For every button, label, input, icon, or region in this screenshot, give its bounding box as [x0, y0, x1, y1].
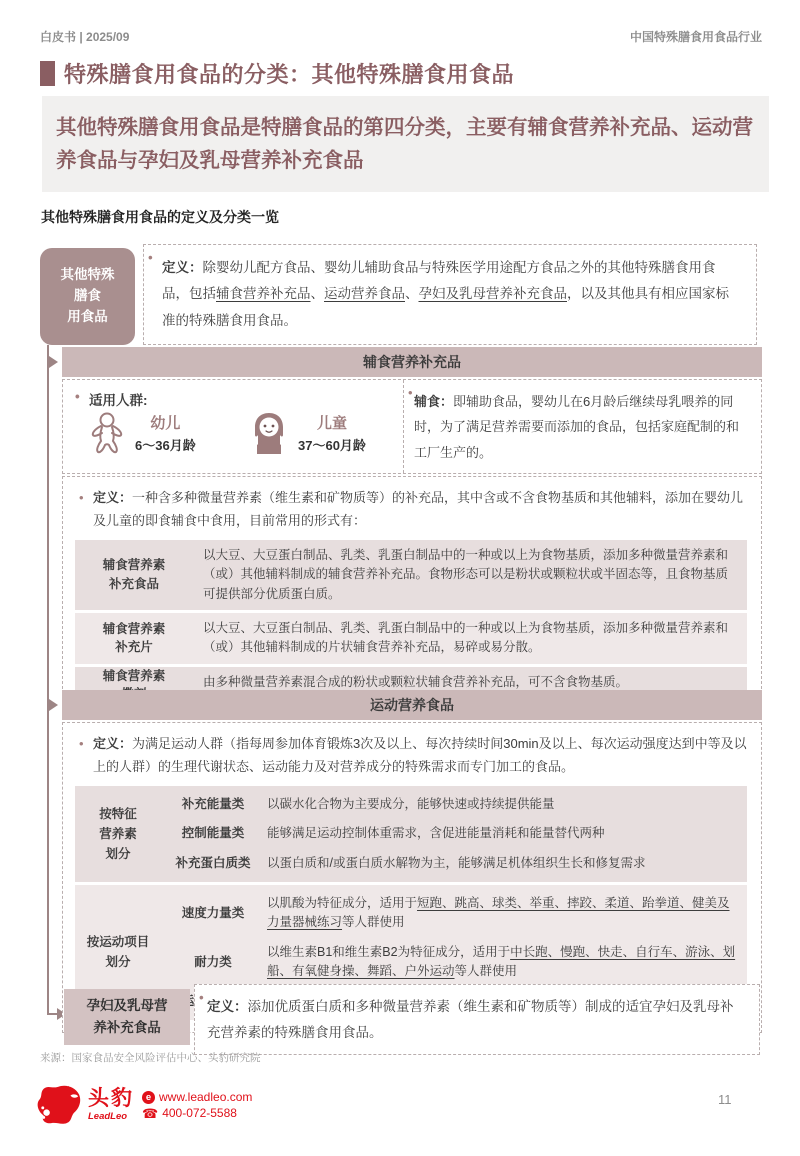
audience-group-text: 幼儿 6～36月龄 — [135, 412, 196, 454]
arrow-right-icon — [49, 356, 58, 368]
supplement-definition: 定义：一种含多种微量营养素（维生素和矿物质等）的补充品，其中含或不含食物基质和其… — [75, 486, 747, 533]
phone-number: 400-072-5588 — [162, 1106, 237, 1120]
supplement-definition-text: 一种含多种微量营养素（维生素和矿物质等）的补充品，其中含或不含食物基质和其他辅料… — [93, 490, 743, 528]
definition-underline: 运动营养食品 — [324, 286, 405, 301]
brand-text: 头豹 LeadLeo — [88, 1088, 134, 1122]
row-class: 补充能量类 — [161, 795, 265, 814]
fushi-text: 即辅助食品，婴幼儿在6月龄后继续母乳喂养的同时，为了满足营养需要而添加的食品，包… — [414, 394, 739, 460]
section-sports: 运动营养食品 定义：为满足运动人群（指每周参加体育锻炼3次及以上、每次持续时间3… — [62, 690, 762, 1033]
footer-contact: e www.leadleo.com ☎ 400-072-5588 — [142, 1089, 252, 1121]
phone-icon: ☎ — [142, 1107, 158, 1120]
audience-age: 37～60月龄 — [298, 435, 366, 454]
audience-group-text: 儿童 37～60月龄 — [298, 412, 366, 454]
definition-underline: 孕妇及乳母营养补充食品 — [419, 286, 568, 301]
row-text-plain: 以维生素B1和维生素B2为特征成分，适用于 — [267, 945, 510, 959]
brand-name-en: LeadLeo — [88, 1111, 134, 1122]
supplement-definition-panel: 定义：一种含多种微量营养素（维生素和矿物质等）的补充品，其中含或不含食物基质和其… — [62, 476, 762, 714]
section-maternal-label: 孕妇及乳母营 养补充食品 — [64, 989, 190, 1045]
definition-underline: 辅食营养补充品 — [216, 286, 311, 301]
maternal-definition-label: 定义： — [207, 999, 248, 1014]
fushi-label: 辅食： — [414, 394, 453, 409]
diagram-title: 其他特殊膳食用食品的定义及分类一览 — [41, 207, 279, 227]
definition-box: 定义：除婴幼儿配方食品、婴幼儿辅助食品与特殊医学用途配方食品之外的其他特殊膳食用… — [143, 244, 757, 345]
audience-label: 适用人群: — [71, 389, 393, 409]
website-link: www.leadleo.com — [159, 1090, 252, 1104]
row-label: 辅食营养素 补充食品 — [75, 540, 193, 610]
website-row: e www.leadleo.com — [142, 1089, 252, 1105]
supplement-audience-panel: 适用人群: 幼儿 6～36月龄 — [62, 379, 762, 474]
row-text-plain: 以蛋白质和/或蛋白质水解物为主，能够满足机体组织生长和修复需求 — [267, 856, 645, 870]
row-text-plain: 以碳水化合物为主要成分，能够快速或持续提供能量 — [267, 797, 555, 811]
row-text: 以肌酸为特征成分，适用于短跑、跳高、球类、举重、摔跤、柔道、跆拳道、健美及力量器… — [265, 889, 747, 938]
source-note: 来源：国家食品安全风险评估中心、头豹研究院 — [40, 1050, 261, 1065]
header-left: 白皮书 | 2025/09 — [40, 28, 129, 45]
table-row: 补充能量类 以碳水化合物为主要成分，能够快速或持续提供能量 — [161, 790, 747, 819]
supplement-table: 辅食营养素 补充食品 以大豆、大豆蛋白制品、乳类、乳蛋白制品中的一种或以上为食物… — [75, 540, 747, 704]
table-row: 补充蛋白质类 以蛋白质和/或蛋白质水解物为主，能够满足机体组织生长和修复需求 — [161, 849, 747, 878]
sports-definition-text: 为满足运动人群（指每周参加体育锻炼3次及以上、每次持续时间30min及以上、每次… — [93, 736, 747, 774]
fushi-note: 辅食：即辅助食品，婴幼儿在6月龄后继续母乳喂养的同时，为了满足营养需要而添加的食… — [404, 380, 761, 473]
audience-group-child: 儿童 37～60月龄 — [232, 411, 393, 455]
leadleo-leopard-logo — [36, 1084, 82, 1126]
group-rows: 补充能量类 以碳水化合物为主要成分，能够快速或持续提供能量 控制能量类 能够满足… — [161, 786, 747, 882]
header-right: 中国特殊膳食用食品行业 — [630, 28, 762, 45]
section-supplement-header: 辅食营养补充品 — [62, 347, 762, 377]
table-row: 辅食营养素 补充片 以大豆、大豆蛋白制品、乳类、乳蛋白制品中的一种或以上为食物基… — [75, 613, 747, 664]
section-supplement: 辅食营养补充品 适用人群: — [62, 347, 762, 714]
audience-group-toddler: 幼儿 6～36月龄 — [71, 411, 232, 455]
audience-age: 6～36月龄 — [135, 435, 196, 454]
audience-name: 幼儿 — [135, 412, 196, 433]
row-text-plain: 能够满足运动控制体重需求，含促进能量消耗和能量替代两种 — [267, 826, 605, 840]
globe-e-icon: e — [142, 1091, 155, 1104]
table-row: 耐力类 以维生素B1和维生素B2为特征成分，适用于中长跑、慢跑、快走、自行车、游… — [161, 938, 747, 987]
row-text-plain: 等人群使用 — [455, 964, 518, 978]
definition-text: 、 — [405, 286, 419, 301]
audience-groups: 幼儿 6～36月龄 — [71, 411, 393, 455]
row-text: 以大豆、大豆蛋白制品、乳类、乳蛋白制品中的一种或以上为食物基质，添加多种微量营养… — [193, 613, 747, 664]
definition-text: 、 — [311, 286, 325, 301]
root-node-other-special-foods: 其他特殊 膳食 用食品 — [40, 248, 135, 345]
arrow-right-icon — [49, 699, 58, 711]
audience-name: 儿童 — [298, 412, 366, 433]
sports-definition-label: 定义： — [93, 736, 132, 751]
row-text: 能够满足运动控制体重需求，含促进能量消耗和能量替代两种 — [265, 819, 747, 848]
table-row: 速度力量类 以肌酸为特征成分，适用于短跑、跳高、球类、举重、摔跤、柔道、跆拳道、… — [161, 889, 747, 938]
connector-line — [47, 345, 49, 1015]
row-class: 耐力类 — [161, 953, 265, 972]
maternal-definition: 定义：添加优质蛋白质和多种微量营养素（维生素和矿物质等）制成的适宜孕妇及乳母补充… — [194, 984, 760, 1055]
brand-name-cn: 头豹 — [88, 1088, 134, 1109]
section-sports-header: 运动营养食品 — [62, 690, 762, 720]
row-label: 辅食营养素 补充片 — [75, 613, 193, 664]
sports-definition: 定义：为满足运动人群（指每周参加体育锻炼3次及以上、每次持续时间30min及以上… — [75, 732, 747, 779]
footer-brand: 头豹 LeadLeo e www.leadleo.com ☎ 400-072-5… — [36, 1084, 252, 1126]
row-text: 以维生素B1和维生素B2为特征成分，适用于中长跑、慢跑、快走、自行车、游泳、划船… — [265, 938, 747, 987]
row-text-plain: 以肌酸为特征成分，适用于 — [267, 896, 417, 910]
page-number: 11 — [718, 1092, 732, 1107]
page-header: 白皮书 | 2025/09 中国特殊膳食用食品行业 — [40, 28, 762, 45]
row-text: 以大豆、大豆蛋白制品、乳类、乳蛋白制品中的一种或以上为食物基质，添加多种微量营养… — [193, 540, 747, 610]
sports-group-nutrient: 按特征 营养素 划分 补充能量类 以碳水化合物为主要成分，能够快速或持续提供能量… — [75, 786, 747, 882]
table-row: 辅食营养素 补充食品 以大豆、大豆蛋白制品、乳类、乳蛋白制品中的一种或以上为食物… — [75, 540, 747, 610]
row-class: 补充蛋白质类 — [161, 854, 265, 873]
page-title-row: 特殊膳食用食品的分类：其他特殊膳食用食品 — [40, 58, 514, 89]
table-row: 控制能量类 能够满足运动控制体重需求，含促进能量消耗和能量替代两种 — [161, 819, 747, 848]
row-class: 控制能量类 — [161, 824, 265, 843]
audience-column: 适用人群: 幼儿 6～36月龄 — [63, 380, 404, 473]
maternal-definition-text: 添加优质蛋白质和多种微量营养素（维生素和矿物质等）制成的适宜孕妇及乳母补充营养素… — [207, 999, 734, 1040]
phone-row: ☎ 400-072-5588 — [142, 1105, 252, 1121]
row-class: 速度力量类 — [161, 904, 265, 923]
supplement-definition-label: 定义： — [93, 490, 132, 505]
group-label: 按特征 营养素 划分 — [75, 786, 161, 882]
title-square-marker — [40, 61, 55, 86]
definition-label: 定义： — [162, 260, 203, 275]
whitepaper-page: 白皮书 | 2025/09 中国特殊膳食用食品行业 特殊膳食用食品的分类：其他特… — [0, 0, 800, 1156]
row-text: 以蛋白质和/或蛋白质水解物为主，能够满足机体组织生长和修复需求 — [265, 849, 747, 878]
child-icon — [248, 411, 290, 455]
row-text: 以碳水化合物为主要成分，能够快速或持续提供能量 — [265, 790, 747, 819]
page-title: 特殊膳食用食品的分类：其他特殊膳食用食品 — [64, 58, 514, 89]
toddler-icon — [87, 411, 127, 455]
summary-banner: 其他特殊膳食用食品是特膳食品的第四分类，主要有辅食营养补充品、运动营养食品与孕妇… — [42, 96, 769, 192]
row-text-plain: 等人群使用 — [342, 915, 405, 929]
